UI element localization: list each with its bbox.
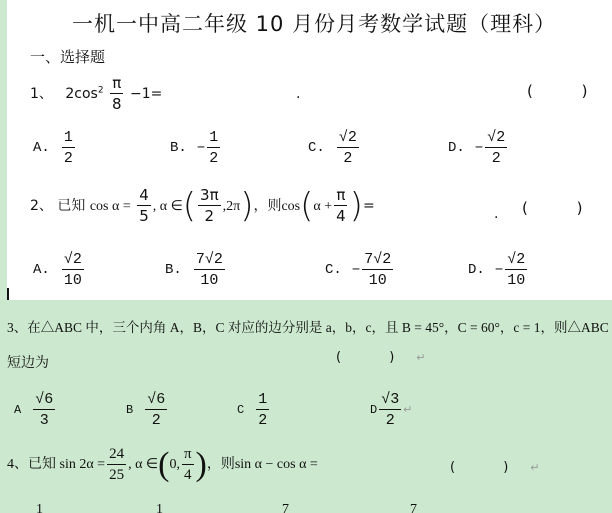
expr-text: 2cos xyxy=(65,86,97,102)
question-3-line1: 3、在△ABC 中，三个内角 A，B，C 对应的边分别是 a，b，c，且 B =… xyxy=(7,316,609,336)
return-mark: ↵ xyxy=(416,351,447,364)
option-label: C. xyxy=(325,262,342,278)
numerator: 7√2 xyxy=(362,252,393,270)
question-1: 1、 2cos2 π8 −1= xyxy=(30,76,162,112)
fraction: √22 xyxy=(485,130,507,166)
numerator: 7√2 xyxy=(194,252,225,270)
denominator: 10 xyxy=(198,270,220,288)
fraction: 3π2 xyxy=(198,188,221,224)
answer-blank: ( ) xyxy=(522,199,604,217)
option-label: D xyxy=(370,403,377,417)
fraction: 12 xyxy=(62,130,75,166)
denominator: 2 xyxy=(150,410,163,428)
denominator: 10 xyxy=(505,270,527,288)
paren: ( ) xyxy=(450,460,530,475)
expr-text: = xyxy=(363,198,375,214)
numerator: √2 xyxy=(337,130,359,148)
denominator: 2 xyxy=(256,410,269,428)
denominator: 2 xyxy=(490,148,503,166)
expr-text: cos α = xyxy=(90,199,131,214)
expr-text: sin 2α = xyxy=(60,457,106,472)
question-4: 4、已知 sin 2α =2425, α ∈(0,π4)，则sin α − co… xyxy=(7,446,318,484)
q1-option-a: A.12 xyxy=(33,130,77,166)
denominator: 2 xyxy=(341,148,354,166)
answer-blank: ( ) xyxy=(527,82,609,100)
q3-option-a: A√63 xyxy=(14,392,57,428)
denominator: 10 xyxy=(62,270,84,288)
expr-text: 已知 xyxy=(28,457,56,472)
fraction: √32 xyxy=(379,392,401,428)
sign: − xyxy=(352,263,360,279)
numerator: √2 xyxy=(505,252,527,270)
denominator: 3 xyxy=(38,410,51,428)
return-mark: ↵ xyxy=(403,405,412,417)
numerator: √3 xyxy=(379,392,401,410)
fraction: √62 xyxy=(145,392,167,428)
numerator: 1 xyxy=(207,130,220,148)
q2-option-a: A.√210 xyxy=(33,252,86,288)
q3-option-d: D√32↵ xyxy=(370,392,412,428)
expr-text: 已知 xyxy=(57,198,85,214)
question-number: 4、 xyxy=(7,457,28,472)
answer-blank: ( )↵ xyxy=(450,460,562,475)
expr-text: −1= xyxy=(130,86,162,102)
denominator: 10 xyxy=(367,270,389,288)
option-label: C xyxy=(237,403,244,417)
fraction: √22 xyxy=(337,130,359,166)
numerator: √6 xyxy=(145,392,167,410)
paren: ( ) xyxy=(336,350,416,365)
denominator: 8 xyxy=(110,94,124,112)
sign: − xyxy=(475,141,483,157)
question-number: 1、 xyxy=(30,86,53,102)
numerator: π xyxy=(182,447,194,465)
numerator: π xyxy=(334,188,347,206)
numerator: π xyxy=(110,76,123,94)
option-label: B. xyxy=(165,262,182,278)
option-label: D. xyxy=(468,262,485,278)
numerator: 4 xyxy=(137,188,151,206)
answer-blank: ( )↵ xyxy=(336,350,448,365)
sign: − xyxy=(197,141,205,157)
q2-option-b: B.7√210 xyxy=(165,252,227,288)
fraction: 45 xyxy=(137,188,151,224)
q4-option-b-partial: 1 xyxy=(156,502,163,513)
expr-text: , α ∈ xyxy=(153,199,183,214)
fraction: π4 xyxy=(334,188,348,224)
q3-option-b: B√62 xyxy=(126,392,169,428)
denominator: 4 xyxy=(334,206,348,224)
fraction: 12 xyxy=(256,392,269,428)
q2-dot: . xyxy=(494,206,498,222)
expr-text: ，则 xyxy=(253,198,281,214)
denominator: 2 xyxy=(207,148,220,166)
numerator: √2 xyxy=(62,252,84,270)
denominator: 2 xyxy=(384,410,397,428)
expr-text: sin α − cos α = xyxy=(235,457,318,472)
q1-option-b: B.−12 xyxy=(170,130,222,166)
question-3-line2: 短边为 xyxy=(7,352,49,372)
expr-text: ,2π xyxy=(223,199,241,214)
q1-option-d: D.−√22 xyxy=(448,130,509,166)
q1-dot: . xyxy=(296,86,300,102)
expr-text: α + xyxy=(313,199,332,214)
fraction: 7√210 xyxy=(194,252,225,288)
fraction: 2425 xyxy=(107,447,126,483)
option-label: B. xyxy=(170,140,187,156)
fraction: π4 xyxy=(182,447,194,483)
numerator: 1 xyxy=(62,130,75,148)
option-label: A xyxy=(14,403,21,417)
denominator: 2 xyxy=(62,148,75,166)
option-label: D. xyxy=(448,140,465,156)
fraction: 12 xyxy=(207,130,220,166)
expr-text: ，则 xyxy=(207,457,235,472)
q1-option-c: C.√22 xyxy=(308,130,361,166)
q4-option-a-partial: 1 xyxy=(36,502,43,513)
expr-text: 0, xyxy=(169,457,180,472)
fraction: √63 xyxy=(33,392,55,428)
option-label: C. xyxy=(308,140,325,156)
option-label: A. xyxy=(33,262,50,278)
fraction: π8 xyxy=(110,76,124,112)
option-label: A. xyxy=(33,140,50,156)
expr-text: , α ∈ xyxy=(128,457,158,472)
denominator: 5 xyxy=(137,206,151,224)
option-label: B xyxy=(126,403,133,417)
page-title: 一机一中高二年级 10 月份月考数学试题（理科） xyxy=(72,8,556,38)
fraction: 7√210 xyxy=(362,252,393,288)
q2-option-c: C.−7√210 xyxy=(325,252,395,288)
q2-option-d: D.−√210 xyxy=(468,252,529,288)
numerator: 24 xyxy=(107,447,126,465)
fraction: √210 xyxy=(62,252,84,288)
numerator: √6 xyxy=(33,392,55,410)
denominator: 25 xyxy=(107,465,126,483)
text-cursor xyxy=(7,288,9,300)
q3-option-c: C12 xyxy=(237,392,271,428)
return-mark: ↵ xyxy=(530,461,561,474)
question-2: 2、 已知 cos α = 45, α ∈(3π2,2π)，则cos(α +π4… xyxy=(30,186,375,226)
q4-option-d-partial: 7 xyxy=(410,502,417,513)
sign: − xyxy=(495,263,503,279)
numerator: 3π xyxy=(198,188,221,206)
denominator: 4 xyxy=(182,465,194,483)
q4-option-c-partial: 7 xyxy=(282,502,289,513)
expr-text: cos xyxy=(281,199,300,214)
numerator: √2 xyxy=(485,130,507,148)
fraction: √210 xyxy=(505,252,527,288)
denominator: 2 xyxy=(203,206,217,224)
section-heading: 一、选择题 xyxy=(30,46,105,67)
superscript: 2 xyxy=(98,85,104,95)
numerator: 1 xyxy=(256,392,269,410)
question-number: 2、 xyxy=(30,198,53,214)
